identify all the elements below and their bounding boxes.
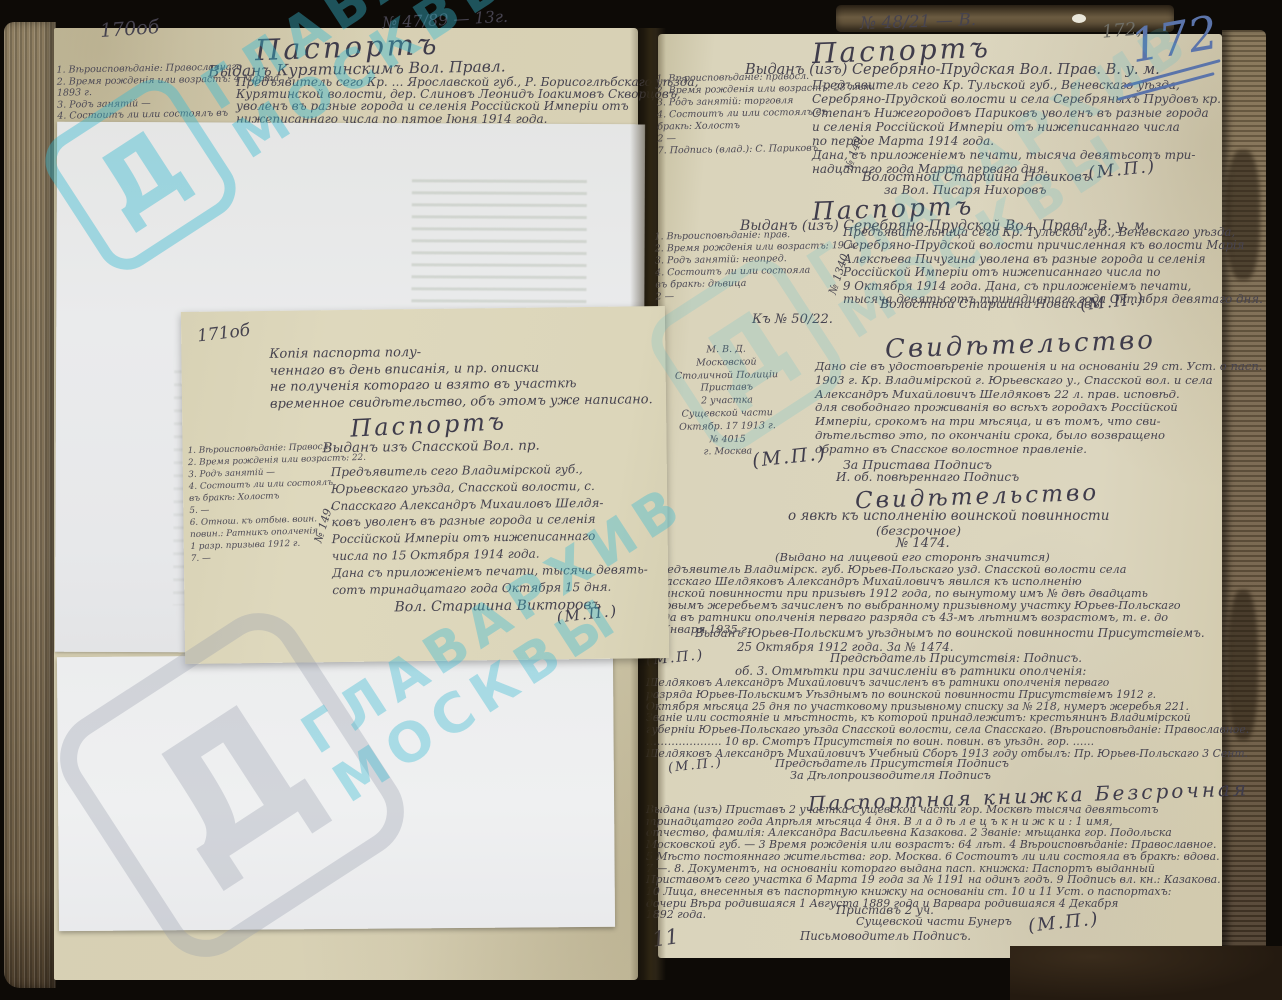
handwritten-line: разряда Юрьев-Польскимъ Уѣзднымъ по воин… <box>646 689 1249 701</box>
signature: Предсѣдатель Присутствія: Подписъ. <box>830 651 1082 665</box>
handwritten-line: Предъявительница сего Кр. Тульской губ.,… <box>843 226 1263 239</box>
certificate-number: № 1474. <box>896 536 950 551</box>
handwritten-line: Имперіи, срокомъ на три мѣсяца, и въ том… <box>815 415 1263 429</box>
handwritten-line: 10 Лица, внесенныя въ паспортную книжку … <box>646 886 1221 898</box>
page-number-171ob: 171об <box>196 320 251 346</box>
handwritten-line: Дано сіе въ удостовѣреніе прошенія и на … <box>815 360 1263 374</box>
handwritten-line: Россійской Имперіи отъ нижеписаннаго чис… <box>843 266 1263 279</box>
page-number-170ob: 170об <box>99 16 160 42</box>
passport-body: Предъявитель сего Кр. Тульской губ., Вен… <box>812 78 1236 176</box>
archive-scan: 170об № 47/89 — 13г. Паспортъ Выданъ Кур… <box>0 0 1282 1000</box>
document-number: № 48/21 — В. <box>860 10 977 34</box>
handwritten-line: по первое Марта 1914 года. <box>812 134 1236 148</box>
handwritten-line: Октябр. 17 1913 г. <box>662 420 792 435</box>
handwritten-line: Выдана (изъ) Приставъ 2 участка Сущевско… <box>646 804 1221 816</box>
certificate-subtitle: о явкѣ къ исполненію воинской повинности <box>788 508 1109 524</box>
pasted-slip: 171об Копія паспорта полу-ченнаго въ ден… <box>181 306 669 664</box>
handwritten-line: Дана, съ приложеніемъ печати, тысяча дев… <box>812 148 1236 162</box>
handwritten-line: 5 Мѣсто постояннаго жительства: гор. Мос… <box>646 851 1221 863</box>
signature: Письмоводитель Подписъ. <box>800 929 971 943</box>
margin-notes: 1. Вѣроисповѣданіе: прав.2. Время рожден… <box>654 229 827 304</box>
signature: Сущевской части Бунеръ <box>856 915 1012 928</box>
margin-notes: 1. Вѣроисповѣданіе: правосл.2. Время рож… <box>656 71 829 158</box>
margin-notes: 1. Вѣроисповѣданіе: Правосл.2. Время рож… <box>187 441 325 565</box>
signature: За Дѣлопроизводителя Подписъ <box>790 769 991 782</box>
handwritten-line: уволенъ въ разные города и селенія Россі… <box>236 100 644 112</box>
side-note: (Выдано на лицевой его сторонѣ значится) <box>775 550 1050 564</box>
handwritten-line: и селенія Россійской Имперіи отъ нижепис… <box>812 120 1236 134</box>
handwritten-line: Степанъ Нижегородовъ Париковъ уволенъ въ… <box>812 106 1236 120</box>
passport-body: Предъявительница сего Кр. Тульской губ.,… <box>843 226 1263 306</box>
handwritten-line: дѣтельство это, по окончаніи срока, было… <box>815 429 1263 443</box>
handwritten-line: обратно въ Спасское волостное правленіе. <box>815 443 1263 457</box>
handwritten-line: Александръ Михайловичъ Шелдяковъ 22 л. п… <box>815 388 1263 402</box>
signature: Волостной Старшина Новиковъ <box>880 296 1100 311</box>
handwritten-line: для свободнаго проживанія во всѣхъ город… <box>815 401 1263 415</box>
handwritten-line: 9 Октября 1914 года. Дана, съ приложеніе… <box>843 280 1263 293</box>
signature: И. об. повѣреннаго Подписъ <box>836 470 1019 484</box>
passport-body: Предъявитель сего Владимірской губ.,Юрье… <box>331 460 648 598</box>
pasted-blank-sheet-bottom <box>57 653 615 931</box>
margin-stamp-text: М. В. Д.МосковскойСтоличной ПолиціиПрист… <box>661 343 793 460</box>
handwritten-line: сотъ тринадцатаго года Октября 15 дня. <box>332 578 648 599</box>
book-cover-corner <box>1010 946 1282 1000</box>
book-left-page-stack <box>4 22 56 988</box>
paper-speck <box>1072 14 1086 23</box>
handwritten-line: Серебряно-Прудской волости и села Серебр… <box>812 92 1236 106</box>
reference-number: Къ № 50/22. <box>752 312 833 327</box>
notes-body: Шелдяковъ Александръ Михайловичъ зачисле… <box>646 677 1249 760</box>
handwritten-line: Алексѣева Пичугина уволена въ разные гор… <box>843 253 1263 266</box>
handwritten-line: 1903 г. Кр. Владимірской г. Юрьевскаго у… <box>815 374 1263 388</box>
handwritten-line: ………………… 10 вр. Смотръ Присутствія по вои… <box>646 736 1249 748</box>
slip-intro: Копія паспорта полу-ченнаго въ день впис… <box>269 342 653 413</box>
certificate-body: Дано сіе въ удостовѣреніе прошенія и на … <box>815 360 1263 457</box>
handwritten-line: Серебряно-Прудской волости причисленная … <box>843 239 1263 252</box>
issued-by-line: Выданъ Юрьев-Польскимъ уѣзднымъ по воинс… <box>695 626 1205 640</box>
